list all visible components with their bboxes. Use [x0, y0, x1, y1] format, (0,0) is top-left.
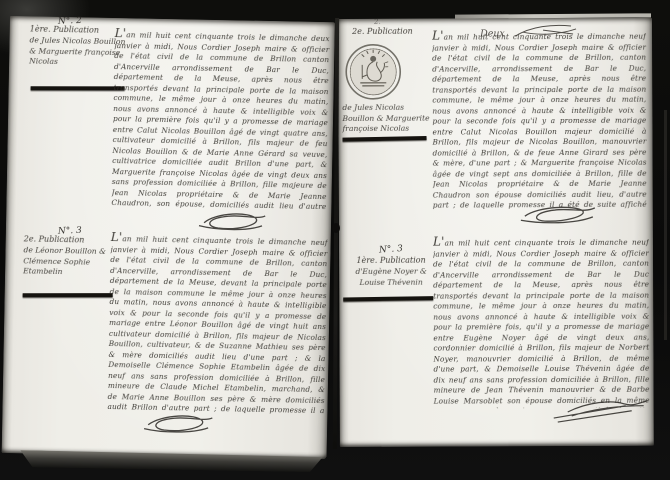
margin-underline [23, 293, 113, 297]
act-2bis-body-text: L'an mil huit cent cinquante trois le di… [432, 30, 647, 211]
act-entry-2: N°. 2 1ère. Publication de Jules Nicolas… [10, 16, 335, 22]
margin-couple-names: de Jules Nicolas Bouillon & Marguerite f… [342, 103, 434, 135]
signature-paraph [552, 398, 650, 426]
publication-label: 1ère. Publication [347, 256, 435, 265]
act-2-margin: N°. 2 1ère. Publication de Jules Nicolas… [29, 14, 126, 68]
publication-label: 1ère. Publication [30, 24, 126, 35]
act-3-left-body-text: L'an mil huit cent cinquante trois le di… [107, 232, 327, 416]
publication-label: 2e. Publication [352, 27, 413, 36]
act-3-right-body-text: L'an mil huit cent cinquante trois le di… [433, 236, 650, 409]
revenue-stamp-icon [344, 43, 402, 101]
publication-label: 2e. Publication [24, 234, 122, 245]
right-page: Deux 2. 2e. Publication de [338, 18, 654, 447]
left-page: N°. 2 1ère. Publication de Jules Nicolas… [2, 16, 335, 459]
signature-paraph [196, 210, 268, 233]
act-3-right-margin: N°. 3 1ère. Publication d'Eugène Noyer &… [347, 237, 435, 288]
act-number: 2. [374, 18, 381, 26]
margin-underline [342, 136, 426, 141]
ink-blot [332, 223, 340, 233]
page-edge-sliver [664, 110, 667, 340]
act-number: N°. 3 [379, 244, 403, 255]
margin-couple-names: de Jules Nicolas Bouillon & Marguerite f… [29, 35, 126, 68]
margin-couple-names: d'Eugène Noyer & Louise Thévenin [347, 267, 435, 288]
act-2-body-text: L'an mil huit cent cinquante trois le di… [111, 28, 329, 214]
margin-underline [31, 86, 125, 90]
signature-paraph [519, 204, 599, 226]
act-3-left-margin: N°. 3 2e. Publication de Léonor Bouillon… [23, 224, 122, 278]
register-scan: N°. 2 1ère. Publication de Jules Nicolas… [0, 0, 670, 480]
signature-paraph [140, 411, 216, 436]
margin-couple-names: de Léonor Bouillon & Clémence Sophie Eta… [23, 245, 122, 278]
margin-underline [343, 296, 433, 301]
